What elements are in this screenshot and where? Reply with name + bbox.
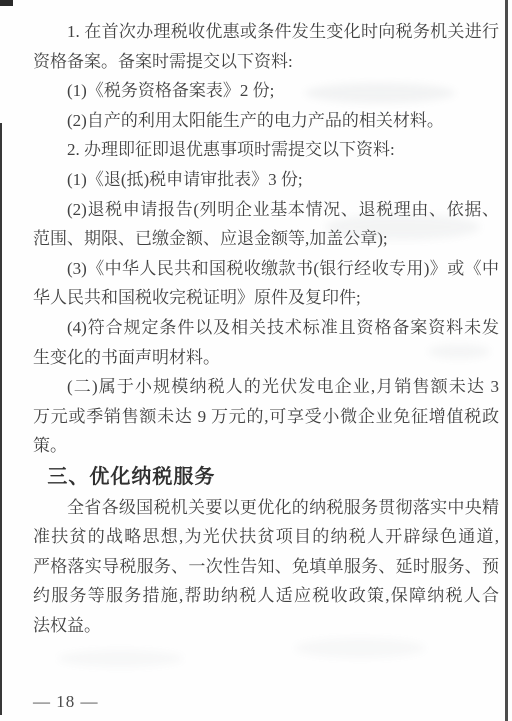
section-heading: 三、优化纳税服务 xyxy=(33,463,499,493)
paragraph-line: (2)退税申请报告(列明企业基本情况、退税理由、依据、 xyxy=(33,195,499,225)
paragraph-line: 万元或季销售额未达 9 万元的,可享受小微企业免征增值税政 xyxy=(33,402,499,432)
paragraph-line: 准扶贫的战略思想,为光伏扶贫项目的纳税人开辟绿色通道, xyxy=(33,522,499,552)
paragraph-line: (3)《中华人民共和国税收缴款书(银行经收专用)》或《中 xyxy=(33,254,499,284)
paragraph-line: 华人民共和国税收完税证明》原件及复印件; xyxy=(33,283,499,313)
scanned-document-page: 1. 在首次办理税收优惠或条件发生变化时向税务机关进行 资格备案。备案时需提交以… xyxy=(0,0,512,721)
document-body: 1. 在首次办理税收优惠或条件发生变化时向税务机关进行 资格备案。备案时需提交以… xyxy=(33,17,499,640)
paragraph-line: 约服务等服务措施,帮助纳税人适应税收政策,保障纳税人合 xyxy=(33,581,499,611)
paragraph-line: 法权益。 xyxy=(33,611,499,641)
scan-edge-right xyxy=(505,0,508,721)
scan-smudge xyxy=(295,638,425,658)
scan-smudge xyxy=(58,650,183,667)
paragraph-line: (2)自产的利用太阳能生产的电力产品的相关材料。 xyxy=(33,106,499,136)
page-number: — 18 — xyxy=(33,692,99,712)
paragraph-line: 全省各级国税机关要以更优化的纳税服务贯彻落实中央精 xyxy=(33,493,499,523)
scan-corner-mark xyxy=(0,0,13,6)
paragraph-line: 2. 办理即征即退优惠事项时需提交以下资料: xyxy=(33,135,499,165)
paragraph-line: 范围、期限、已缴金额、应退金额等,加盖公章); xyxy=(33,224,499,254)
paragraph-line: 策。 xyxy=(33,431,499,461)
scan-edge-left xyxy=(0,123,2,715)
paragraph-line: (4)符合规定条件以及相关技术标准且资格备案资料未发 xyxy=(33,313,499,343)
paragraph-line: 资格备案。备案时需提交以下资料: xyxy=(33,47,499,77)
paragraph-line: 1. 在首次办理税收优惠或条件发生变化时向税务机关进行 xyxy=(33,17,499,47)
paragraph-line: (1)《税务资格备案表》2 份; xyxy=(33,76,499,106)
paragraph-line: 严格落实导税服务、一次性告知、免填单服务、延时服务、预 xyxy=(33,552,499,582)
paragraph-line: (二)属于小规模纳税人的光伏发电企业,月销售额未达 3 xyxy=(33,372,499,402)
paragraph-line: 生变化的书面声明材料。 xyxy=(33,343,499,373)
paragraph-line: (1)《退(抵)税申请审批表》3 份; xyxy=(33,165,499,195)
